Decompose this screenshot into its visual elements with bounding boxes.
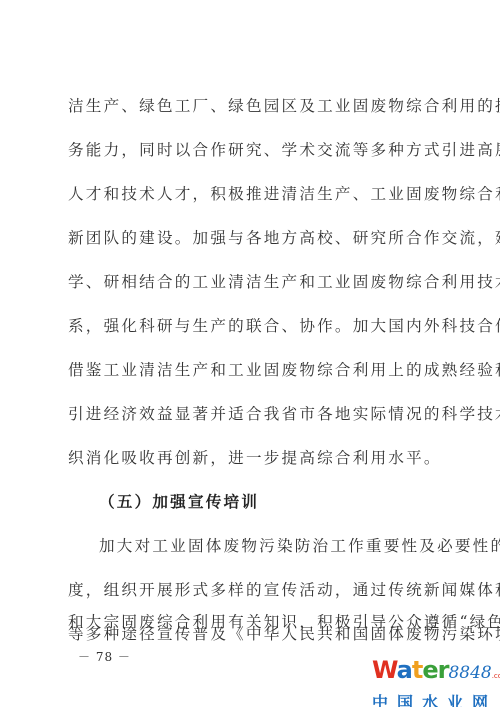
logo-domain-suffix: .com [492,672,500,680]
paragraph-line: 加大对工业固体废物污染防治工作重要性及必要性的宣传力 [99,536,491,556]
document-page: 洁生产、绿色工厂、绿色园区及工业固废物综合利用的技术和业 务能力，同时以合作研究… [0,0,500,707]
paragraph-line: 洁生产、绿色工厂、绿色园区及工业固废物综合利用的技术和业 [68,96,460,116]
paragraph-line: 引进经济效益显著并适合我省市各地实际情况的科学技术，并组 [68,404,460,424]
paragraph-line: 学、研相结合的工业清洁生产和工业固废物综合利用技术创新体 [68,272,460,292]
paragraph-line: 借鉴工业清洁生产和工业固废物综合利用上的成熟经验和技术， [68,360,460,380]
page-number: － 78 － [78,648,131,665]
section-heading: （五）加强宣传培训 [99,492,491,512]
paragraph-line: 人才和技术人才，积极推进清洁生产、工业固废物综合利用等创 [68,184,460,204]
paragraph-line: 系，强化科研与生产的联合、协作。加大国内外科技合作与交流， [68,316,460,336]
logo-number: 8848 [448,663,491,683]
paragraph-line: 度，组织开展形式多样的宣传活动，通过传统新闻媒体和新媒体 [68,580,460,600]
watermark-logo: Water8848.com 中国水业网 [372,658,500,704]
paragraph-line: 织消化吸收再创新，进一步提高综合利用水平。 [68,448,460,468]
paragraph-line: 新团队的建设。加强与各地方高校、研究所合作交流，建立产、 [68,228,460,248]
logo-letter: W [372,656,397,684]
logo-letter: a [397,656,412,684]
paragraph-line: 和大宗固废综合利用有关知识，积极引导公众遵循“绿色中国” [68,612,460,632]
logo-letter: t [412,656,422,684]
logo-chinese-name: 中国水业网 [372,690,500,707]
paragraph-line: 务能力，同时以合作研究、学术交流等多种方式引进高层次管理 [68,140,460,160]
logo-letter: e [422,656,437,684]
logo-wordmark: Water8848.com [372,658,500,688]
logo-letter: r [438,656,449,684]
